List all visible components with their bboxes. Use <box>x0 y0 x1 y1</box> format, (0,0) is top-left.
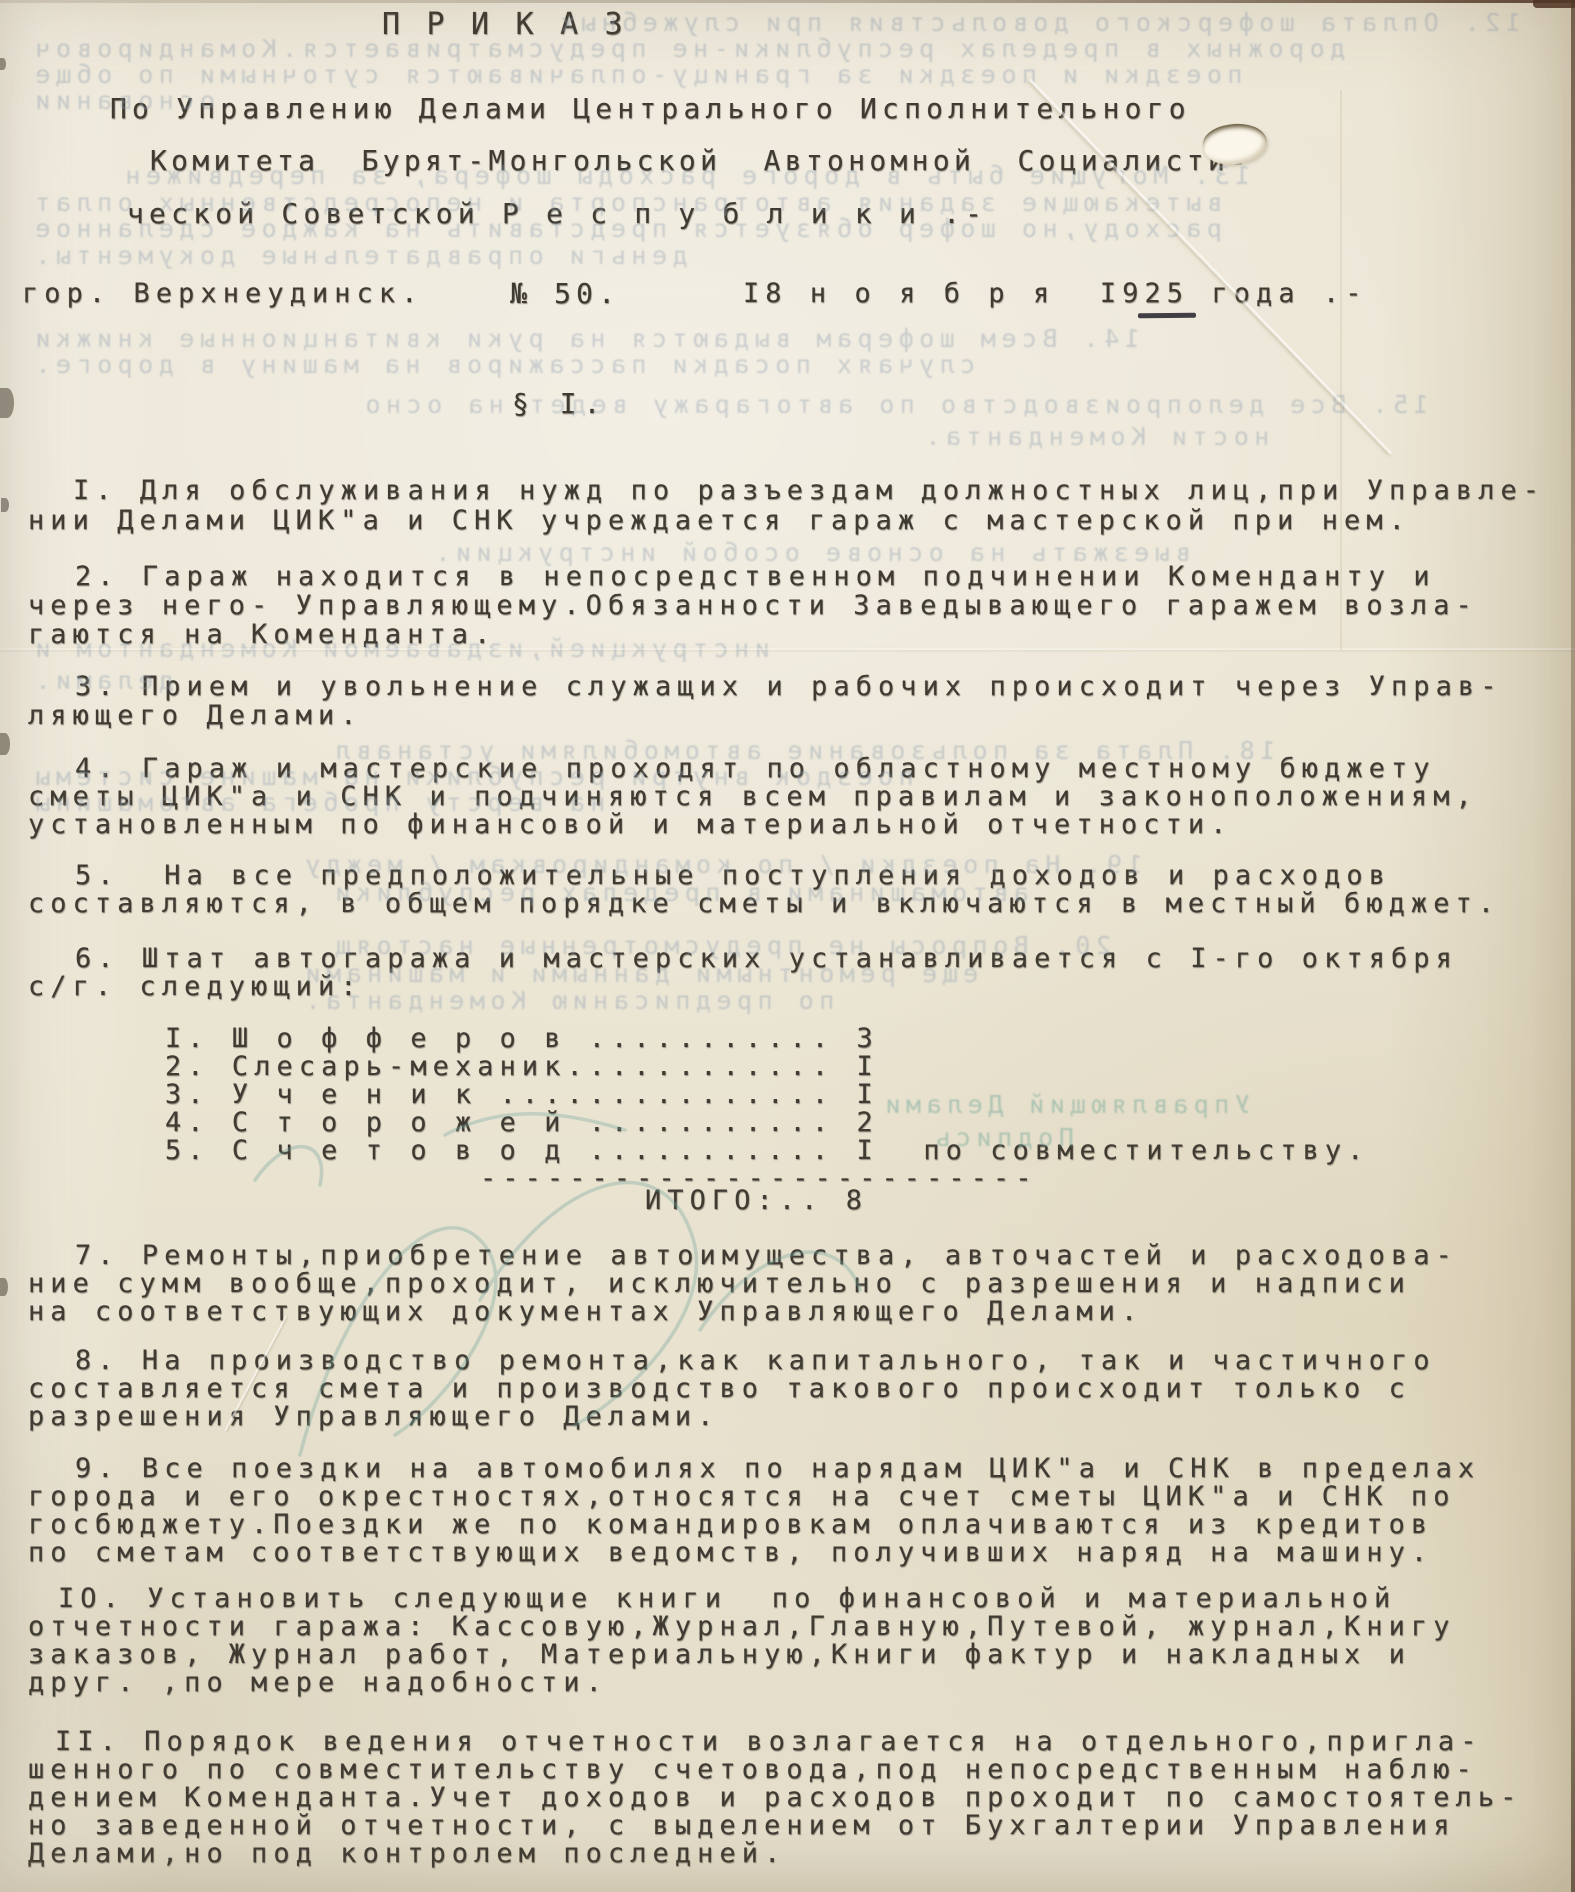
bleedthrough-line: еще ремонтными данными и машинами <box>300 961 978 986</box>
edge-smudge <box>0 1278 8 1296</box>
bleedthrough-line: 20. Вопросы не предусмотренные настоящ <box>330 933 1111 958</box>
edge-smudge <box>1 498 9 512</box>
body-line: через него- Управляющему.Обязанности Зав… <box>28 592 1478 619</box>
staff-row: I. Ш о ф ф е р о в ........... 3 <box>165 1025 879 1052</box>
bleedthrough-line: инструкцией,издаваемой Комендантом и <box>30 636 770 661</box>
body-line: I. Для обслуживания нужд по разъездам до… <box>73 477 1545 504</box>
bleedthrough-line: 13. Могущие быть в дороге расходы шофера… <box>120 163 1250 188</box>
bleedthrough-line: деньги оправдательные документы. <box>30 243 688 268</box>
bleedthrough-line: поездки и поездки за границу-оплачиваютс… <box>30 62 1243 87</box>
body-line: города и его окрестностях,относятся на с… <box>28 1483 1456 1510</box>
order-date: I8 н о я б р я I925 года .- <box>743 280 1368 307</box>
body-line: ляющего Делами. <box>28 702 363 729</box>
body-line: на соответствующих документах Управляюще… <box>28 1298 1143 1325</box>
place-name: гор. Верхнеудинск. <box>22 280 424 307</box>
header-line: По Управлению Делами Центрального Исполн… <box>110 95 1191 123</box>
body-line: 2. Гараж находится в непосредственном по… <box>75 563 1436 590</box>
bleedthrough-line: 12. Оплата шоферского довольствия при сл… <box>555 10 1521 35</box>
body-line: 7. Ремонты,приобретение автоимущества, а… <box>75 1242 1458 1269</box>
body-line: IO. Установить следующие книги по финанс… <box>58 1585 1396 1612</box>
staff-row: 4. С т о р о ж е й ........... 2 <box>165 1109 879 1136</box>
bleedthrough-line: 15. Все делопроизводство по автогаражу в… <box>360 392 1429 417</box>
body-line: но заведенной отчетности, с выделением о… <box>28 1812 1456 1839</box>
body-line: по сметам соответствующих ведомств, полу… <box>28 1539 1433 1566</box>
date-underline <box>1138 313 1196 319</box>
body-line: заказов, Журнал работ, Материальную,Книг… <box>28 1641 1411 1668</box>
staff-total: ИТОГО:.. 8 <box>645 1187 868 1214</box>
body-line: Делами,но под контролем последней. <box>28 1840 786 1867</box>
bleedthrough-line: 19. На поездки / по командировкам / межд… <box>300 852 1143 877</box>
body-line: II. Порядок ведения отчетности возлагает… <box>55 1728 1483 1755</box>
bleedthrough-line: 14. Всем шоферам выдаются на руки квитан… <box>30 326 1140 351</box>
body-line: шенного по совместительству счетовода,по… <box>28 1756 1478 1783</box>
staff-row: 3. У ч е н и к ............... I <box>165 1081 879 1108</box>
body-line: ние сумм вообще,проходит, исключительно … <box>28 1270 1411 1297</box>
scan-edge-corner-blot <box>1533 0 1575 8</box>
body-line: 9. Все поездки на автомобилях по нарядам… <box>75 1455 1480 1482</box>
scan-edge-top <box>0 0 1575 3</box>
bleedthrough-line: на версту пробега автомашины <box>30 790 605 815</box>
scan-edge-right <box>1571 0 1575 1892</box>
scanned-document-page: П Р И К А ЗПо Управлению Делами Централь… <box>0 0 1575 1892</box>
body-line: 8. На производство ремонта,как капитальн… <box>75 1347 1436 1374</box>
bleedthrough-line: случаях посадки пассажиров на машину в д… <box>30 352 975 377</box>
bleedthrough-line: автомашинами в пределах республики <box>330 880 1029 905</box>
bleedthrough-line: Управляющий Делами <box>880 1092 1250 1117</box>
bleedthrough-line: ности Коменданта. <box>920 424 1269 449</box>
bleedthrough-line: 18. Плата за пользование автомобилями ус… <box>330 738 1275 763</box>
bleedthrough-line: дорожных в пределах республики-не предус… <box>30 36 1345 61</box>
staff-row: 5. С ч е т о в о д ........... I по совм… <box>165 1137 1370 1164</box>
body-line: составляется смета и производство таково… <box>28 1375 1411 1402</box>
bleedthrough-line: выезжать на основе особой инструкции. <box>430 540 1190 565</box>
edge-smudge <box>0 388 14 418</box>
bleedthrough-line: поездок внутри республики на машине сист… <box>30 764 914 789</box>
order-number: № 50. <box>510 280 620 308</box>
bleedthrough-line: расходу,но шофер обязуется представить н… <box>30 216 1222 241</box>
edge-smudge <box>0 58 6 70</box>
body-line: дением Коменданта.Учет доходов и расходо… <box>28 1784 1522 1811</box>
body-line: отчетности гаража: Кассовую,Журнал,Главн… <box>28 1613 1456 1640</box>
body-line: 3. Прием и увольнение служащих и рабочих… <box>75 673 1503 700</box>
body-line: друг. ,по мере надобности. <box>28 1669 608 1696</box>
body-line: госбюджету.Поездки же по командировкам о… <box>28 1511 1433 1538</box>
bleedthrough-line: делами. <box>30 668 174 693</box>
edge-smudge <box>0 733 10 755</box>
bleedthrough-line: Подпись <box>930 1125 1074 1150</box>
bleedthrough-line: основании <box>30 88 215 113</box>
bleedthrough-line: по предписанию Коменданта. <box>300 988 834 1013</box>
body-line: нии Делами ЦИК"а и СНК учреждается гараж… <box>28 507 1411 534</box>
body-line: разрешения Управляющего Делами. <box>28 1403 719 1430</box>
staff-row: 2. Слесарь-механик............ I <box>165 1053 879 1080</box>
bleedthrough-line: вытекающие задания автотранспорта и непо… <box>30 190 1222 215</box>
